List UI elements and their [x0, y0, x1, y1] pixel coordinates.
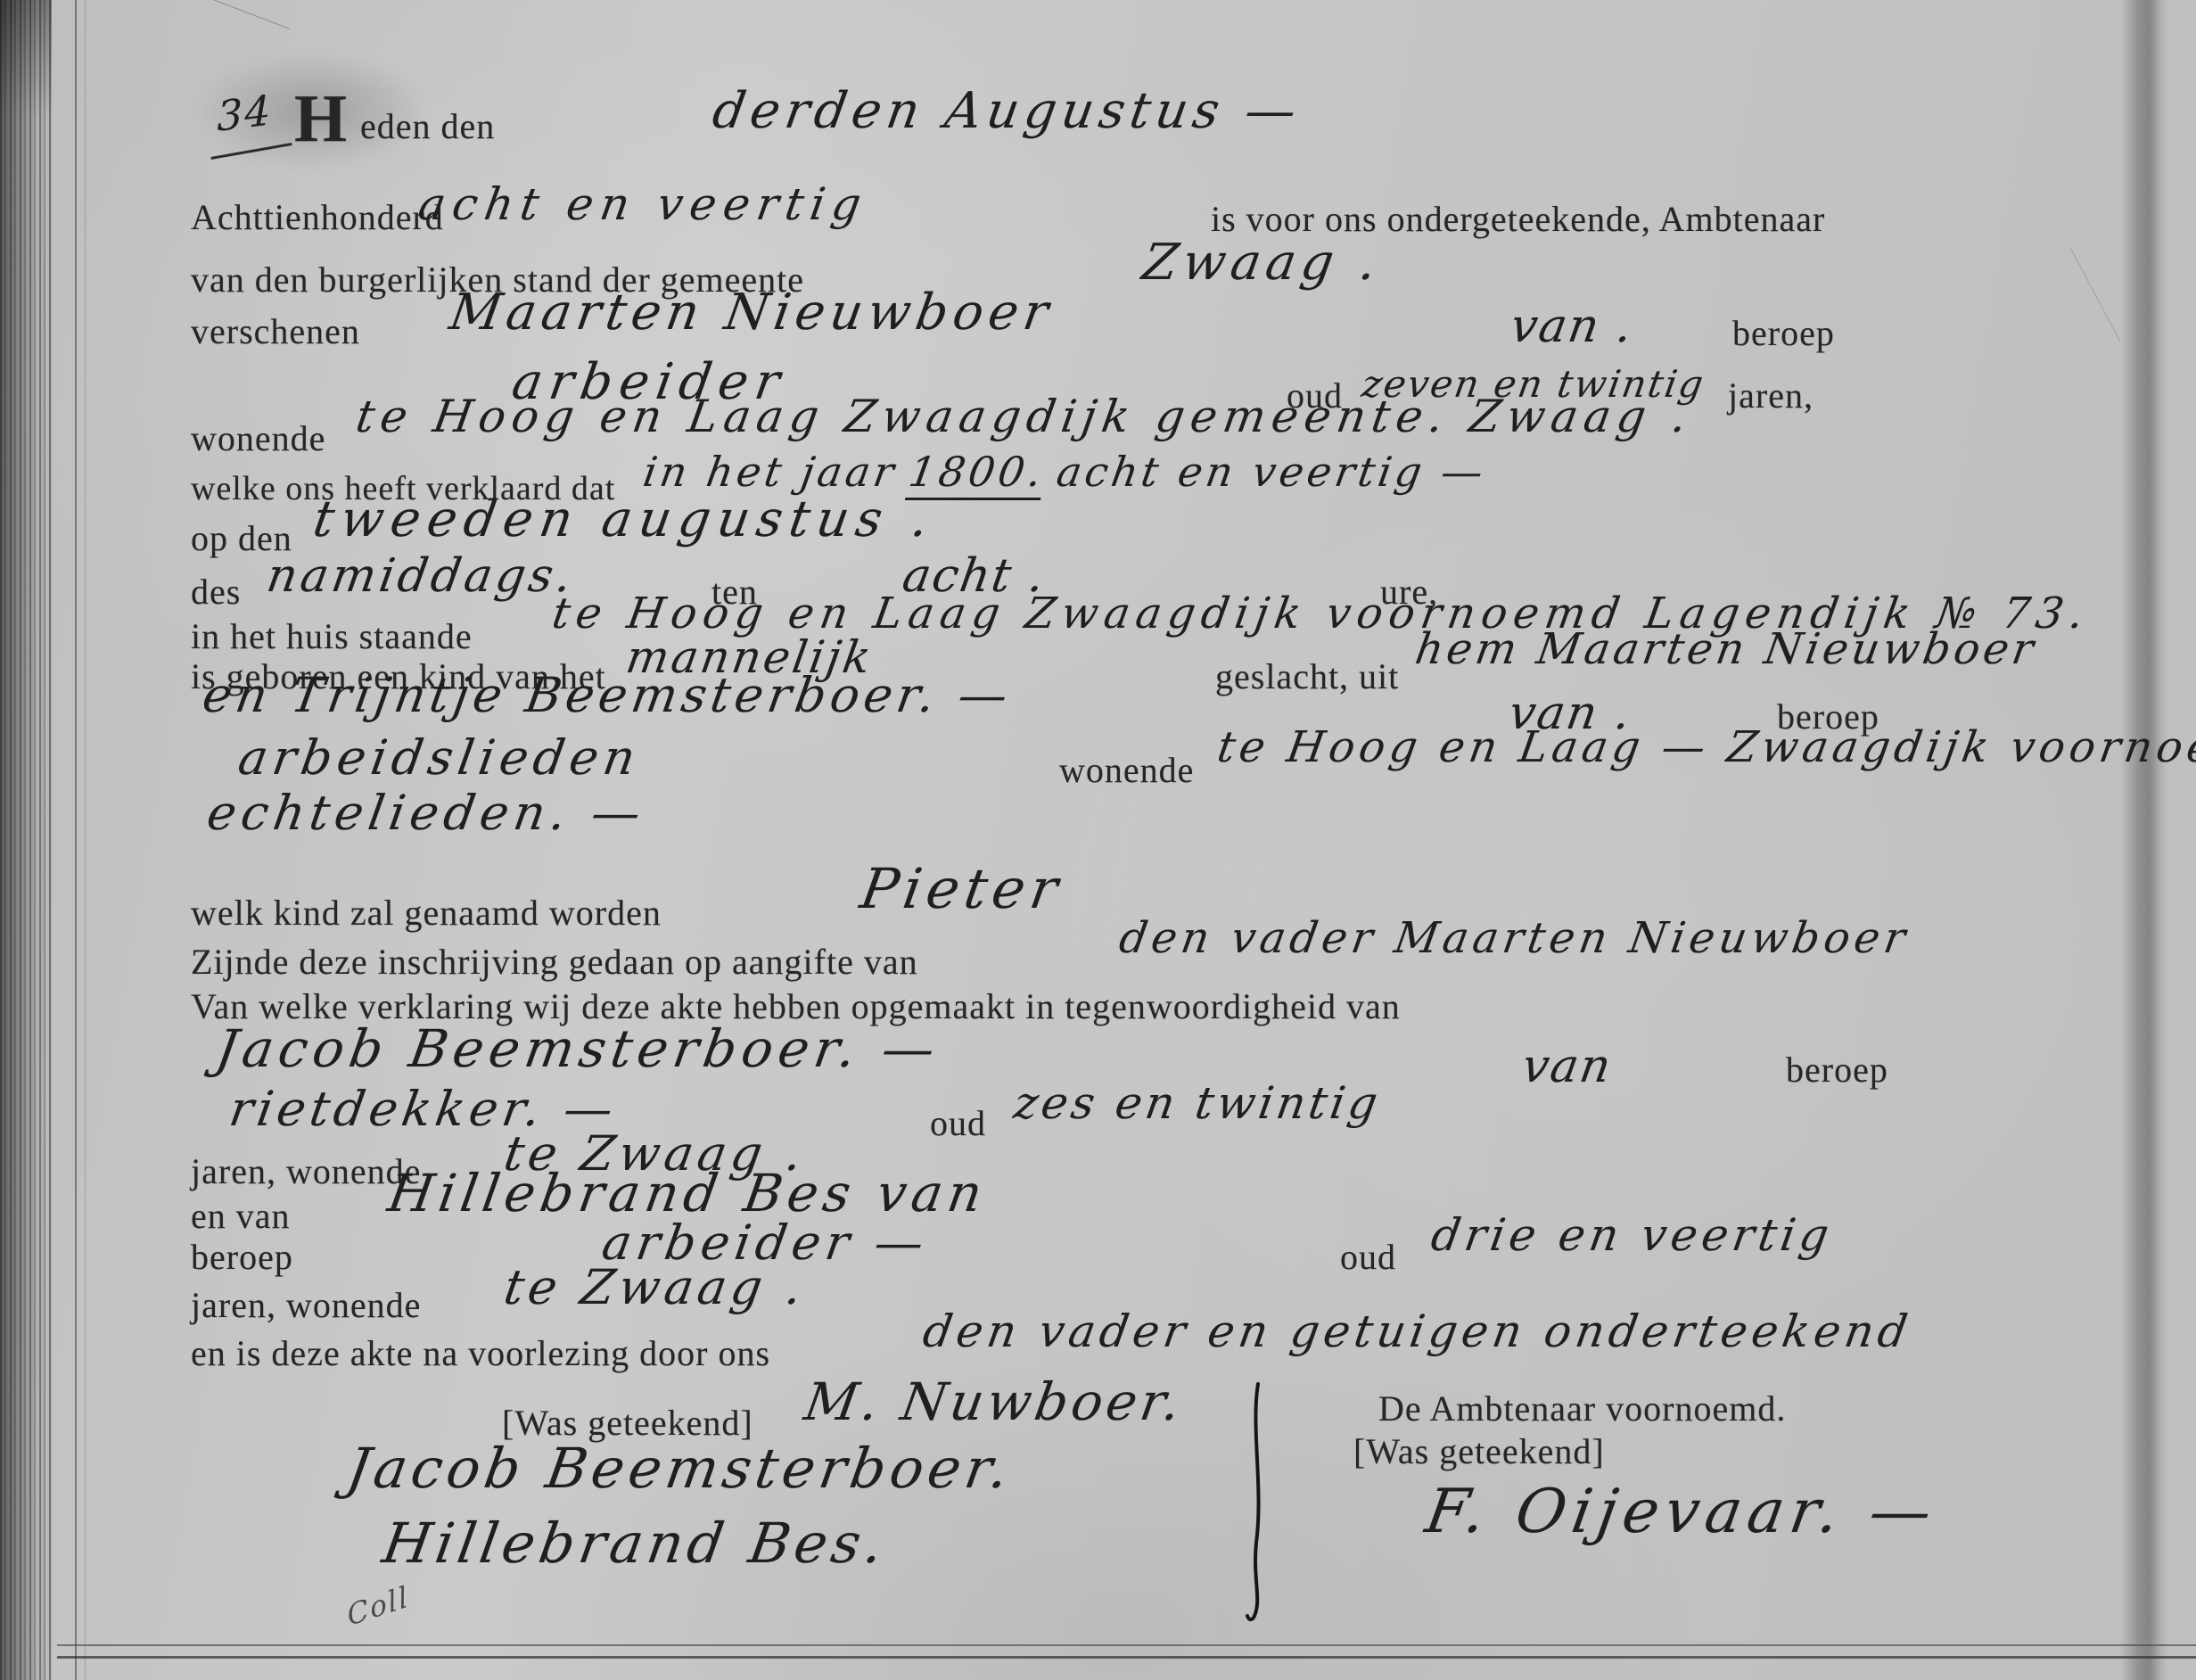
hw-witness2-age: drie en veertig [1427, 1209, 1837, 1261]
printed-jaren-wonende: jaren, wonende [191, 1284, 421, 1326]
hw-declarant-name: Maarten Nieuwboer [446, 284, 1057, 342]
hw-informant: den vader Maarten Nieuwboer [1116, 913, 1913, 963]
printed-wonende: wonende [1059, 749, 1194, 791]
printed-heden-initial: H [294, 80, 347, 158]
scratch-mark [177, 0, 290, 29]
signature-father: M. Nuwboer. [801, 1371, 1188, 1432]
signature-official: F. Oijevaar. — [1421, 1477, 1943, 1547]
hw-birth-date: tweeden augustus . [309, 490, 940, 548]
birth-certificate-scan: 34 H eden den derden Augustus — Achttien… [0, 0, 2196, 1680]
scratch-mark [2069, 247, 2120, 342]
printed-verschenen: verschenen [191, 310, 360, 352]
printed-oud: oud [930, 1102, 986, 1144]
signature-brace-stroke [1245, 1380, 1270, 1631]
hw-child-name: Pieter [856, 856, 1067, 921]
hw-witness1-name: Jacob Beemsterboer. — [212, 1018, 945, 1079]
hw-in-het-jaar: in het jaar [640, 448, 901, 496]
hw-declarant-residence: te Hoog en Laag Zwaagdijk gemeente. Zwaa… [352, 391, 1697, 442]
hw-witness2-residence: te Zwaag . [500, 1259, 810, 1315]
binding-fold-line-faint [85, 0, 86, 1680]
hw-echtelieden: echtelieden. — [203, 785, 650, 841]
printed-oud: oud [1340, 1236, 1396, 1278]
printed-achttienhonderd: Achttienhonderd [191, 196, 444, 238]
printed-wonende: wonende [191, 417, 325, 459]
printed-beroep: beroep [1786, 1049, 1888, 1091]
hw-gemeente: Zwaag . [1139, 234, 1386, 292]
act-number: 34 [217, 86, 273, 141]
hw-father-name: hem Maarten Nieuwboer [1412, 624, 2041, 674]
hw-achtenveertig: acht en veertig — [1053, 448, 1490, 496]
bottom-divider-rule-thick [57, 1656, 2196, 1659]
printed-was-geteekend-right: [Was geteekend] [1353, 1430, 1605, 1472]
printed-heden-den: eden den [360, 105, 495, 147]
printed-geslacht-uit: geslacht, uit [1215, 655, 1399, 697]
page-edge-shadow [2120, 0, 2168, 1680]
printed-des: des [191, 571, 241, 613]
printed-ambtenaar-voornoemd: De Ambtenaar voornoemd. [1378, 1388, 1786, 1429]
signature-witness2: Hillebrand Bes. [378, 1511, 892, 1576]
hw-signing-clause: den vader en getuigen onderteekend [919, 1305, 1915, 1357]
hw-witness1-age: zes en twintig [1010, 1077, 1385, 1129]
bottom-divider-rule-thin [57, 1644, 2196, 1646]
printed-beroep: beroep [191, 1236, 293, 1278]
printed-aangifte-clause: Zijnde deze inschrijving gedaan op aangi… [191, 941, 918, 983]
hw-birth-year-clause: in het jaar1800.acht en veertig — [640, 448, 1502, 496]
hw-registration-date: derden Augustus — [709, 82, 1305, 140]
book-binding-edge [0, 0, 52, 1680]
binding-fold-line [75, 0, 77, 1680]
hw-registration-year: acht en veertig [415, 178, 871, 230]
printed-kind-genaamd: welk kind zal genaamd worden [191, 892, 662, 934]
printed-beroep: beroep [1732, 312, 1835, 354]
hw-day-part: namiddags. [263, 549, 579, 603]
hw-parents-occupation: arbeidslieden [234, 729, 645, 786]
printed-jaren-wonende: jaren, wonende [191, 1150, 421, 1192]
hw-van: van . [1507, 300, 1637, 353]
hw-mother-name: en Trijntje Beemsterboer. — [199, 667, 1016, 723]
hw-van: van [1518, 1040, 1616, 1093]
signature-witness1: Jacob Beemsterboer. [342, 1436, 1017, 1501]
hw-parents-residence: te Hoog en Laag — Zwaagdijk voornoemd [1214, 722, 2196, 772]
printed-en-van: en van [191, 1195, 291, 1237]
printed-voorlezing-clause: en is deze akte na voorlezing door ons [191, 1332, 770, 1374]
collation-mark: Coll [344, 1579, 411, 1633]
printed-huis-staande: in het huis staande [191, 615, 473, 657]
printed-jaren: jaren, [1728, 375, 1814, 416]
